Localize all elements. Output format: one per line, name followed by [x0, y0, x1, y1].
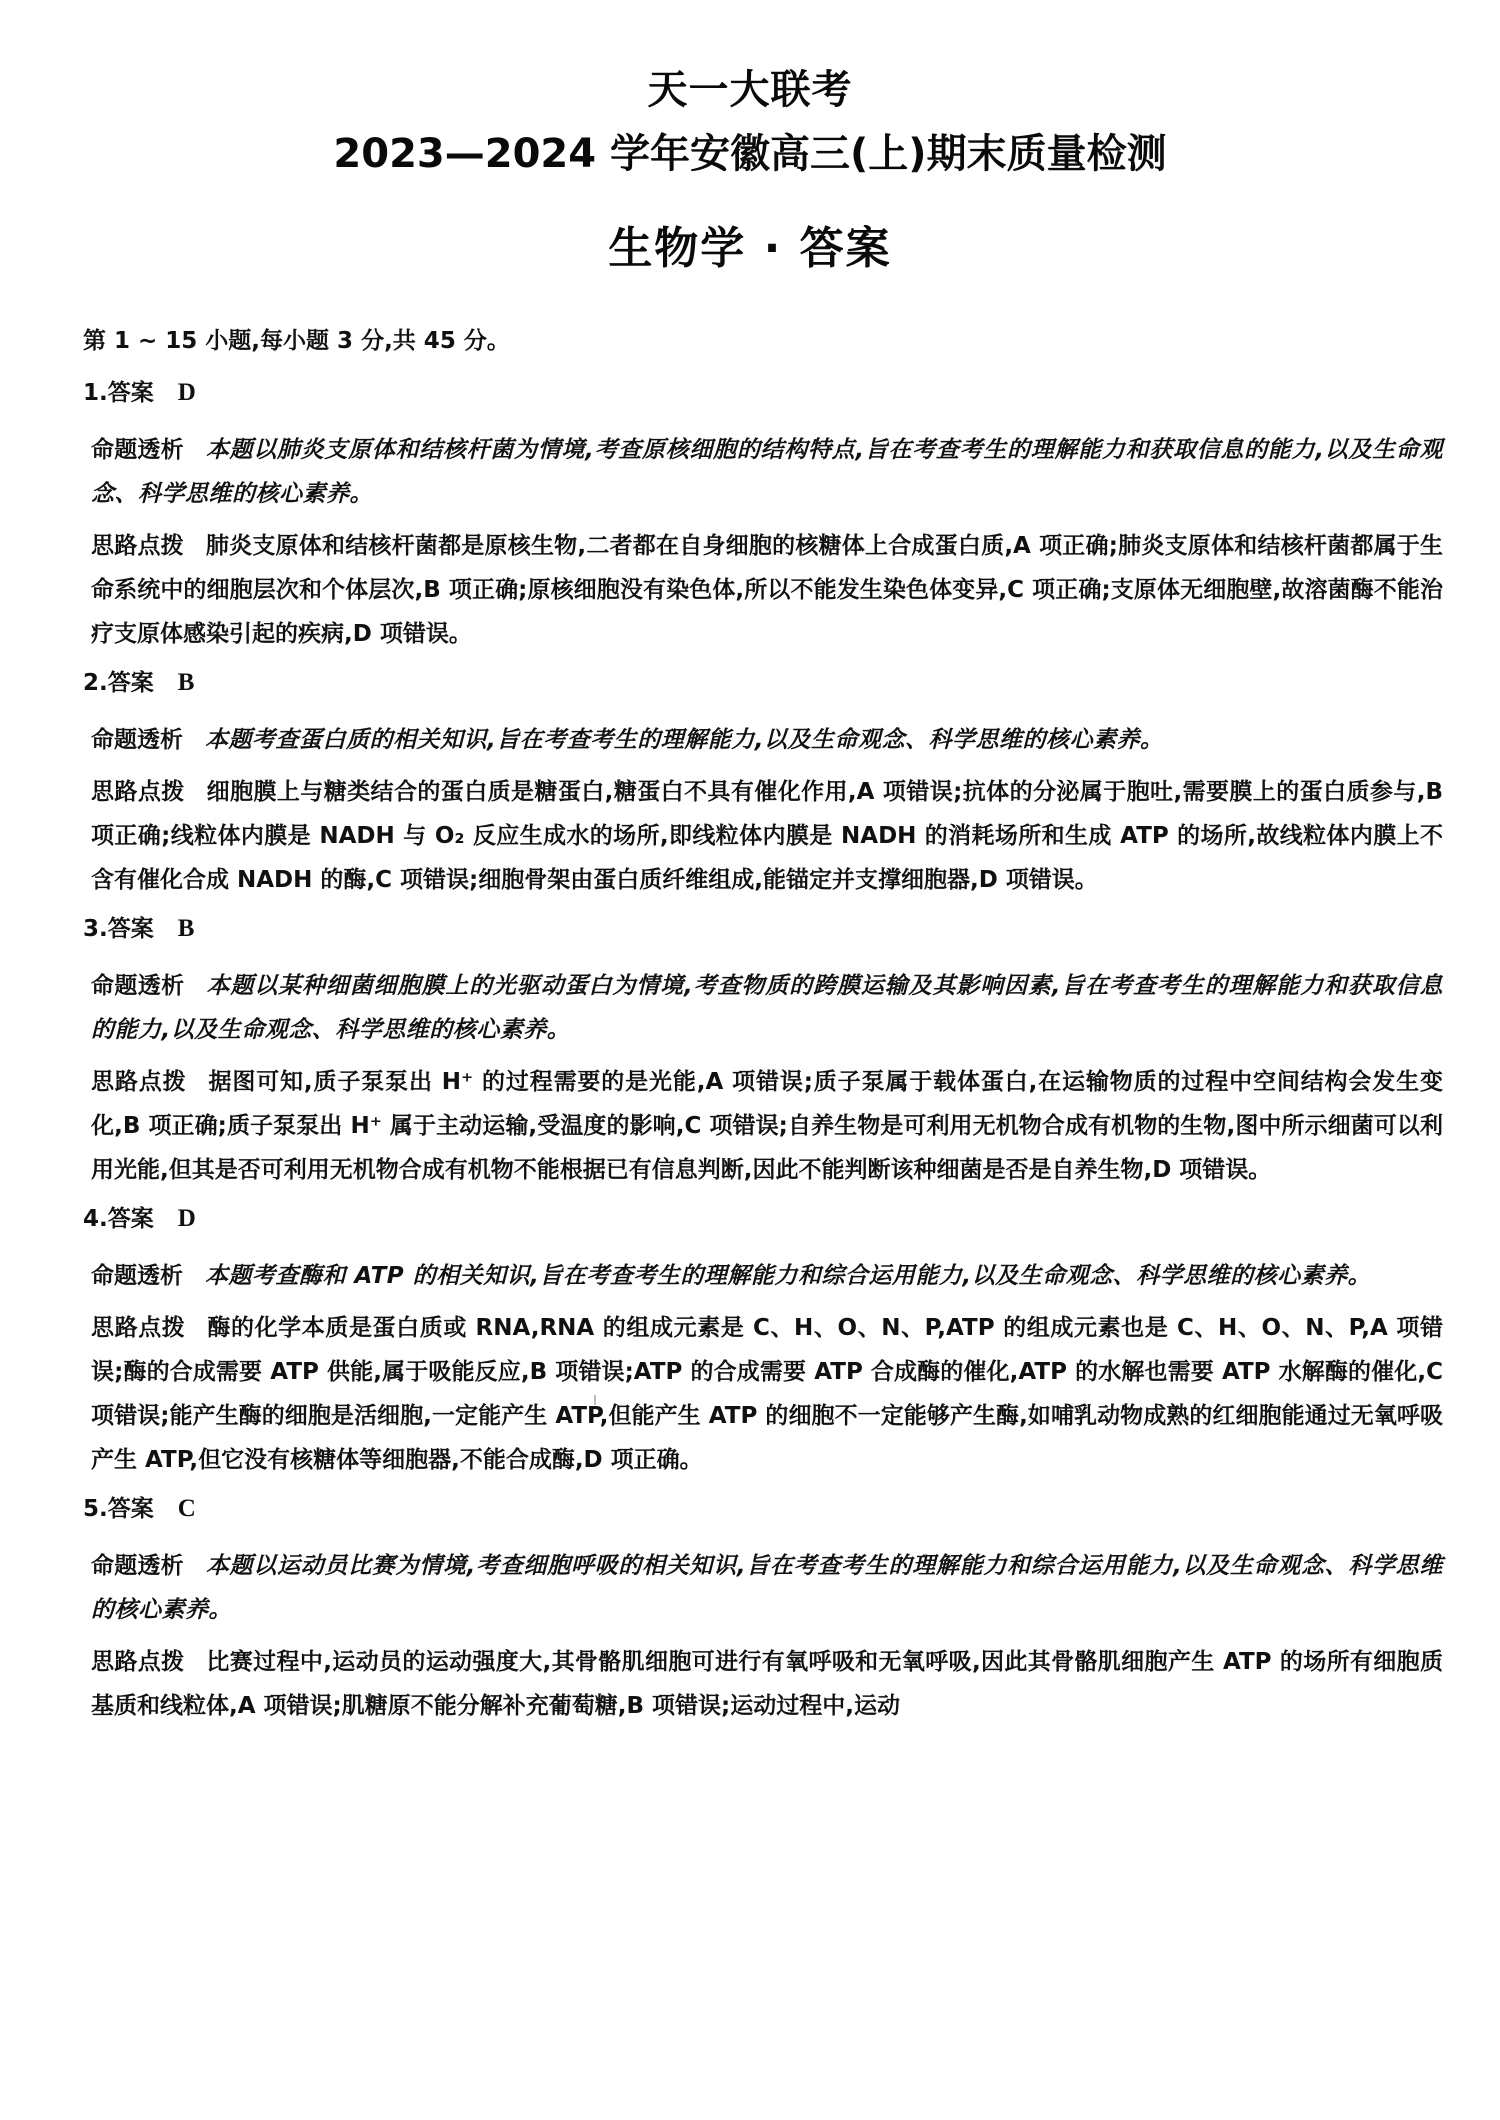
mingti-label: 命题透析	[91, 1553, 184, 1579]
mingti-paragraph: 命题透析本题以肺炎支原体和结核杆菌为情境,考查原核细胞的结构特点,旨在考查考生的…	[91, 428, 1443, 516]
mingti-paragraph: 命题透析本题考查酶和 ATP 的相关知识,旨在考查考生的理解能力和综合运用能力,…	[91, 1254, 1443, 1298]
silu-paragraph: 思路点拨据图可知,质子泵泵出 H⁺ 的过程需要的是光能,A 项错误;质子泵属于载…	[91, 1060, 1443, 1192]
mingti-text: 本题考查蛋白质的相关知识,旨在考查考生的理解能力,以及生命观念、科学思维的核心素…	[205, 727, 1163, 753]
silu-text: 细胞膜上与糖类结合的蛋白质是糖蛋白,糖蛋白不具有催化作用,A 项错误;抗体的分泌…	[91, 779, 1443, 893]
silu-text: 肺炎支原体和结核杆菌都是原核生物,二者都在自身细胞的核糖体上合成蛋白质,A 项正…	[91, 533, 1443, 647]
answer-content: 第 1 ~ 15 小题,每小题 3 分,共 45 分。 1.答案D 命题透析本题…	[83, 326, 1443, 1740]
section-intro: 第 1 ~ 15 小题,每小题 3 分,共 45 分。	[83, 326, 1443, 356]
question-number: 1.	[83, 380, 108, 406]
silu-label: 思路点拨	[91, 1069, 186, 1095]
answer-heading: 5.答案C	[83, 1494, 1443, 1524]
answer-label: 答案	[108, 916, 154, 942]
answer-heading: 1.答案D	[83, 378, 1443, 408]
silu-paragraph: 思路点拨酶的化学本质是蛋白质或 RNA,RNA 的组成元素是 C、H、O、N、P…	[91, 1306, 1443, 1482]
scan-artifact	[594, 1395, 596, 1405]
mingti-label: 命题透析	[91, 437, 184, 463]
answer-letter: B	[178, 915, 195, 942]
mingti-paragraph: 命题透析本题以某种细菌细胞膜上的光驱动蛋白为情境,考查物质的跨膜运输及其影响因素…	[91, 964, 1443, 1052]
mingti-paragraph: 命题透析本题以运动员比赛为情境,考查细胞呼吸的相关知识,旨在考查考生的理解能力和…	[91, 1544, 1443, 1632]
mingti-text: 本题考查酶和 ATP 的相关知识,旨在考查考生的理解能力和综合运用能力,以及生命…	[205, 1263, 1371, 1289]
question-2: 2.答案B 命题透析本题考查蛋白质的相关知识,旨在考查考生的理解能力,以及生命观…	[83, 668, 1443, 902]
organizer-title: 天一大联考	[0, 58, 1500, 115]
mingti-text: 本题以某种细菌细胞膜上的光驱动蛋白为情境,考查物质的跨膜运输及其影响因素,旨在考…	[91, 973, 1443, 1043]
answer-heading: 4.答案D	[83, 1204, 1443, 1234]
answer-letter: B	[178, 669, 195, 696]
question-5: 5.答案C 命题透析本题以运动员比赛为情境,考查细胞呼吸的相关知识,旨在考查考生…	[83, 1494, 1443, 1728]
answer-heading: 3.答案B	[83, 914, 1443, 944]
silu-paragraph: 思路点拨比赛过程中,运动员的运动强度大,其骨骼肌细胞可进行有氧呼吸和无氧呼吸,因…	[91, 1640, 1443, 1728]
silu-text: 据图可知,质子泵泵出 H⁺ 的过程需要的是光能,A 项错误;质子泵属于载体蛋白,…	[91, 1069, 1443, 1183]
silu-label: 思路点拨	[91, 779, 185, 805]
exam-title: 2023—2024 学年安徽高三(上)期末质量检测	[0, 122, 1500, 179]
answer-heading: 2.答案B	[83, 668, 1443, 698]
question-number: 5.	[83, 1496, 108, 1522]
mingti-label: 命题透析	[91, 727, 183, 753]
question-3: 3.答案B 命题透析本题以某种细菌细胞膜上的光驱动蛋白为情境,考查物质的跨膜运输…	[83, 914, 1443, 1192]
answer-letter: D	[178, 1205, 196, 1232]
answer-label: 答案	[108, 1496, 154, 1522]
silu-paragraph: 思路点拨细胞膜上与糖类结合的蛋白质是糖蛋白,糖蛋白不具有催化作用,A 项错误;抗…	[91, 770, 1443, 902]
question-number: 2.	[83, 670, 108, 696]
silu-text: 酶的化学本质是蛋白质或 RNA,RNA 的组成元素是 C、H、O、N、P,ATP…	[91, 1315, 1443, 1473]
answer-letter: D	[178, 379, 196, 406]
question-1: 1.答案D 命题透析本题以肺炎支原体和结核杆菌为情境,考查原核细胞的结构特点,旨…	[83, 378, 1443, 656]
silu-paragraph: 思路点拨肺炎支原体和结核杆菌都是原核生物,二者都在自身细胞的核糖体上合成蛋白质,…	[91, 524, 1443, 656]
mingti-label: 命题透析	[91, 973, 185, 999]
mingti-label: 命题透析	[91, 1263, 183, 1289]
answer-label: 答案	[108, 380, 154, 406]
question-number: 4.	[83, 1206, 108, 1232]
mingti-paragraph: 命题透析本题考查蛋白质的相关知识,旨在考查考生的理解能力,以及生命观念、科学思维…	[91, 718, 1443, 762]
answer-sheet-page: 天一大联考 2023—2024 学年安徽高三(上)期末质量检测 生物学 · 答案…	[0, 0, 1500, 2120]
answer-letter: C	[178, 1495, 196, 1522]
silu-text: 比赛过程中,运动员的运动强度大,其骨骼肌细胞可进行有氧呼吸和无氧呼吸,因此其骨骼…	[91, 1649, 1443, 1719]
answer-label: 答案	[108, 1206, 154, 1232]
question-number: 3.	[83, 916, 108, 942]
mingti-text: 本题以肺炎支原体和结核杆菌为情境,考查原核细胞的结构特点,旨在考查考生的理解能力…	[91, 437, 1443, 507]
mingti-text: 本题以运动员比赛为情境,考查细胞呼吸的相关知识,旨在考查考生的理解能力和综合运用…	[91, 1553, 1443, 1623]
silu-label: 思路点拨	[91, 1315, 185, 1341]
answer-label: 答案	[108, 670, 154, 696]
subject-title: 生物学 · 答案	[0, 212, 1500, 276]
silu-label: 思路点拨	[91, 533, 184, 559]
silu-label: 思路点拨	[91, 1649, 184, 1675]
question-4: 4.答案D 命题透析本题考查酶和 ATP 的相关知识,旨在考查考生的理解能力和综…	[83, 1204, 1443, 1482]
